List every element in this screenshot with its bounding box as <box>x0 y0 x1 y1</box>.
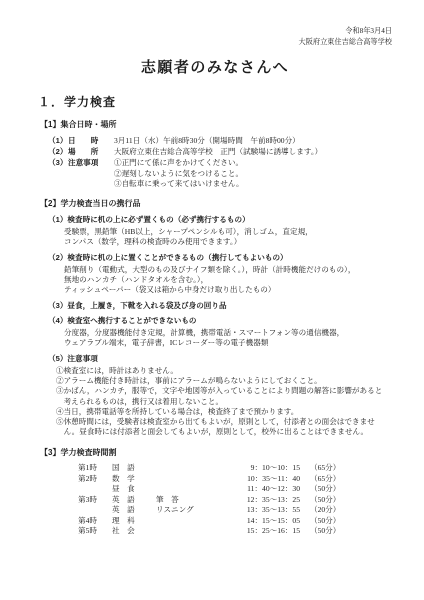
subject-cell: 理 科 <box>112 516 156 526</box>
subsection-1-heading: 【1】集合日時・場所 <box>40 120 392 131</box>
duration-cell: （50分） <box>310 495 340 505</box>
caution-line: ②遅刻しないように気をつけること。 <box>114 169 392 179</box>
carry-item-3: （3）昼食，上履き，下靴を入れる袋及び身の回り品 <box>38 301 392 311</box>
period-cell <box>78 505 112 515</box>
item-detail: 鉛筆削り（電動式，大型のもの及びナイフ類を除く。），時計（計時機能だけのもの），… <box>64 265 392 296</box>
time-cell: 11：40～12：30 <box>214 484 300 494</box>
detail-line: 鉛筆削り（電動式，大型のもの及びナイフ類を除く。），時計（計時機能だけのもの）， <box>64 265 392 275</box>
subject-cell: 昼 食 <box>112 484 156 494</box>
caution-line: ③自転車に乗って来てはいけません。 <box>114 179 392 189</box>
duration-cell: （65分） <box>310 474 340 484</box>
item-notes: ①検査室には，時計はありません。 ②アラーム機能付き時計は，事前にアラームが鳴ら… <box>56 366 392 438</box>
note-line: 考えられるものは，携行又は着用しないこと。 <box>56 397 392 407</box>
carry-item-4: （4）検査室へ携行することができないもの 分度器，分度器機能付き定規，計算機，携… <box>38 316 392 349</box>
timetable-row: 昼 食 11：40～12：30 （50分） <box>78 484 392 494</box>
type-cell: リスニング <box>156 505 214 515</box>
field-label: 注意事項 <box>68 158 114 189</box>
duration-cell: （65分） <box>310 463 340 473</box>
field-value-list: ①正門にて係に声をかけてください。 ②遅刻しないように気をつけること。 ③自転車… <box>114 158 392 189</box>
item-heading: （5）注意事項 <box>48 354 392 364</box>
type-cell <box>156 516 214 526</box>
time-cell: 15：25～16：15 <box>214 526 300 536</box>
detail-line: 分度器，分度器機能付き定規，計算機，携帯電話・スマートフォン等の通信機器， <box>64 328 392 338</box>
carry-item-5: （5）注意事項 ①検査室には，時計はありません。 ②アラーム機能付き時計は，事前… <box>38 354 392 438</box>
period-cell <box>78 484 112 494</box>
school-name-line: 大阪府立東住吉総合高等学校 <box>38 37 392 48</box>
time-cell: 12：35～13：25 <box>214 495 300 505</box>
field-number: （2） <box>48 147 68 157</box>
item-heading: （1）検査時に机の上に必ず置くもの（必ず携行するもの） <box>48 215 392 225</box>
timetable-row: 第3時 英 語 筆 答 12：35～13：25 （50分） <box>78 495 392 505</box>
timetable-row: 第5時 社 会 15：25～16：15 （50分） <box>78 526 392 536</box>
item-heading: （3）昼食，上履き，下靴を入れる袋及び身の回り品 <box>48 301 392 311</box>
note-line: ん。昼食時には付添者と面会してもよいが，原則として，校外に出ることはできません。 <box>56 427 392 437</box>
note-line: ②アラーム機能付き時計は，事前にアラームが鳴らないようにしておくこと。 <box>56 376 392 386</box>
field-row-datetime: （1） 日 時 3月11日（水）午前8時30分（開場時間 午前8時00分） <box>48 136 392 146</box>
subsection-2-heading: 【2】学力検査当日の携行品 <box>40 199 392 210</box>
field-number: （1） <box>48 136 68 146</box>
time-cell: 13：35～13：55 <box>214 505 300 515</box>
section-heading: １．学力検査 <box>38 94 392 110</box>
document-page: 令和8年3月4日 大阪府立東住吉総合高等学校 志願者のみなさんへ １．学力検査 … <box>0 0 424 600</box>
detail-line: ウェアラブル端末，電子辞書，ICレコーダー等の電子機器類 <box>64 338 392 348</box>
detail-line: 受験票，黒鉛筆（HB以上，シャープペンシルも可），消しゴム，直定規， <box>64 227 392 237</box>
type-cell: 筆 答 <box>156 495 214 505</box>
timetable-row: 第4時 理 科 14：15～15：05 （50分） <box>78 516 392 526</box>
detail-line: ティッシュペーパー（袋又は箱から中身だけ取り出したもの） <box>64 285 392 295</box>
document-header: 令和8年3月4日 大阪府立東住吉総合高等学校 <box>38 26 392 48</box>
period-cell: 第2時 <box>78 474 112 484</box>
type-cell <box>156 526 214 536</box>
caution-line: ①正門にて係に声をかけてください。 <box>114 158 392 168</box>
subject-cell: 英 語 <box>112 505 156 515</box>
detail-line: 無地のハンカチ（ハンドタオルを含む。）， <box>64 275 392 285</box>
item-heading: （2）検査時に机の上に置くことができるもの（携行してもよいもの） <box>48 253 392 263</box>
timetable-row: 第1時 国 語 9：10～10：15 （65分） <box>78 463 392 473</box>
timetable-row: 第2時 数 学 10：35～11：40 （65分） <box>78 474 392 484</box>
date-line: 令和8年3月4日 <box>38 26 392 37</box>
page-title: 志願者のみなさんへ <box>38 58 392 78</box>
field-row-place: （2） 場 所 大阪府立東住吉総合高等学校 正門（試験場に誘導します。） <box>48 147 392 157</box>
subject-cell: 国 語 <box>112 463 156 473</box>
carry-item-1: （1）検査時に机の上に必ず置くもの（必ず携行するもの） 受験票，黒鉛筆（HB以上… <box>38 215 392 248</box>
note-line: ⑤休憩時間には，受験者は検査室から出てもよいが，原則として，付添者との面会はでき… <box>56 417 392 427</box>
field-row-cautions: （3） 注意事項 ①正門にて係に声をかけてください。 ②遅刻しないように気をつけ… <box>48 158 392 189</box>
duration-cell: （20分） <box>310 505 340 515</box>
subject-cell: 社 会 <box>112 526 156 536</box>
period-cell: 第3時 <box>78 495 112 505</box>
field-label: 日 時 <box>68 136 114 146</box>
time-cell: 14：15～15：05 <box>214 516 300 526</box>
item-detail: 受験票，黒鉛筆（HB以上，シャープペンシルも可），消しゴム，直定規， コンパス（… <box>64 227 392 248</box>
note-line: ①検査室には，時計はありません。 <box>56 366 392 376</box>
note-line: ③かばん，ハンカチ，服等で，文字や地図等が入っていることにより問題の解答に影響が… <box>56 386 392 396</box>
period-cell: 第5時 <box>78 526 112 536</box>
field-value: 3月11日（水）午前8時30分（開場時間 午前8時00分） <box>114 136 392 146</box>
type-cell <box>156 474 214 484</box>
type-cell <box>156 463 214 473</box>
detail-line: コンパス（数学，理科の検査時のみ使用できます。） <box>64 237 392 247</box>
time-cell: 9：10～10：15 <box>214 463 300 473</box>
duration-cell: （50分） <box>310 526 340 536</box>
timetable-row: 英 語 リスニング 13：35～13：55 （20分） <box>78 505 392 515</box>
field-value: 大阪府立東住吉総合高等学校 正門（試験場に誘導します。） <box>114 147 392 157</box>
type-cell <box>156 484 214 494</box>
subsection-3-heading: 【3】学力検査時間割 <box>40 448 392 459</box>
subject-cell: 数 学 <box>112 474 156 484</box>
item-detail: 分度器，分度器機能付き定規，計算機，携帯電話・スマートフォン等の通信機器， ウェ… <box>64 328 392 349</box>
time-cell: 10：35～11：40 <box>214 474 300 484</box>
period-cell: 第4時 <box>78 516 112 526</box>
field-number: （3） <box>48 158 68 189</box>
item-heading: （4）検査室へ携行することができないもの <box>48 316 392 326</box>
field-label: 場 所 <box>68 147 114 157</box>
subject-cell: 英 語 <box>112 495 156 505</box>
duration-cell: （50分） <box>310 516 340 526</box>
carry-item-2: （2）検査時に机の上に置くことができるもの（携行してもよいもの） 鉛筆削り（電動… <box>38 253 392 296</box>
duration-cell: （50分） <box>310 484 340 494</box>
note-line: ④当日，携帯電話等を所持している場合は，検査終了まで預かります。 <box>56 407 392 417</box>
period-cell: 第1時 <box>78 463 112 473</box>
timetable: 第1時 国 語 9：10～10：15 （65分） 第2時 数 学 10：35～1… <box>78 463 392 536</box>
